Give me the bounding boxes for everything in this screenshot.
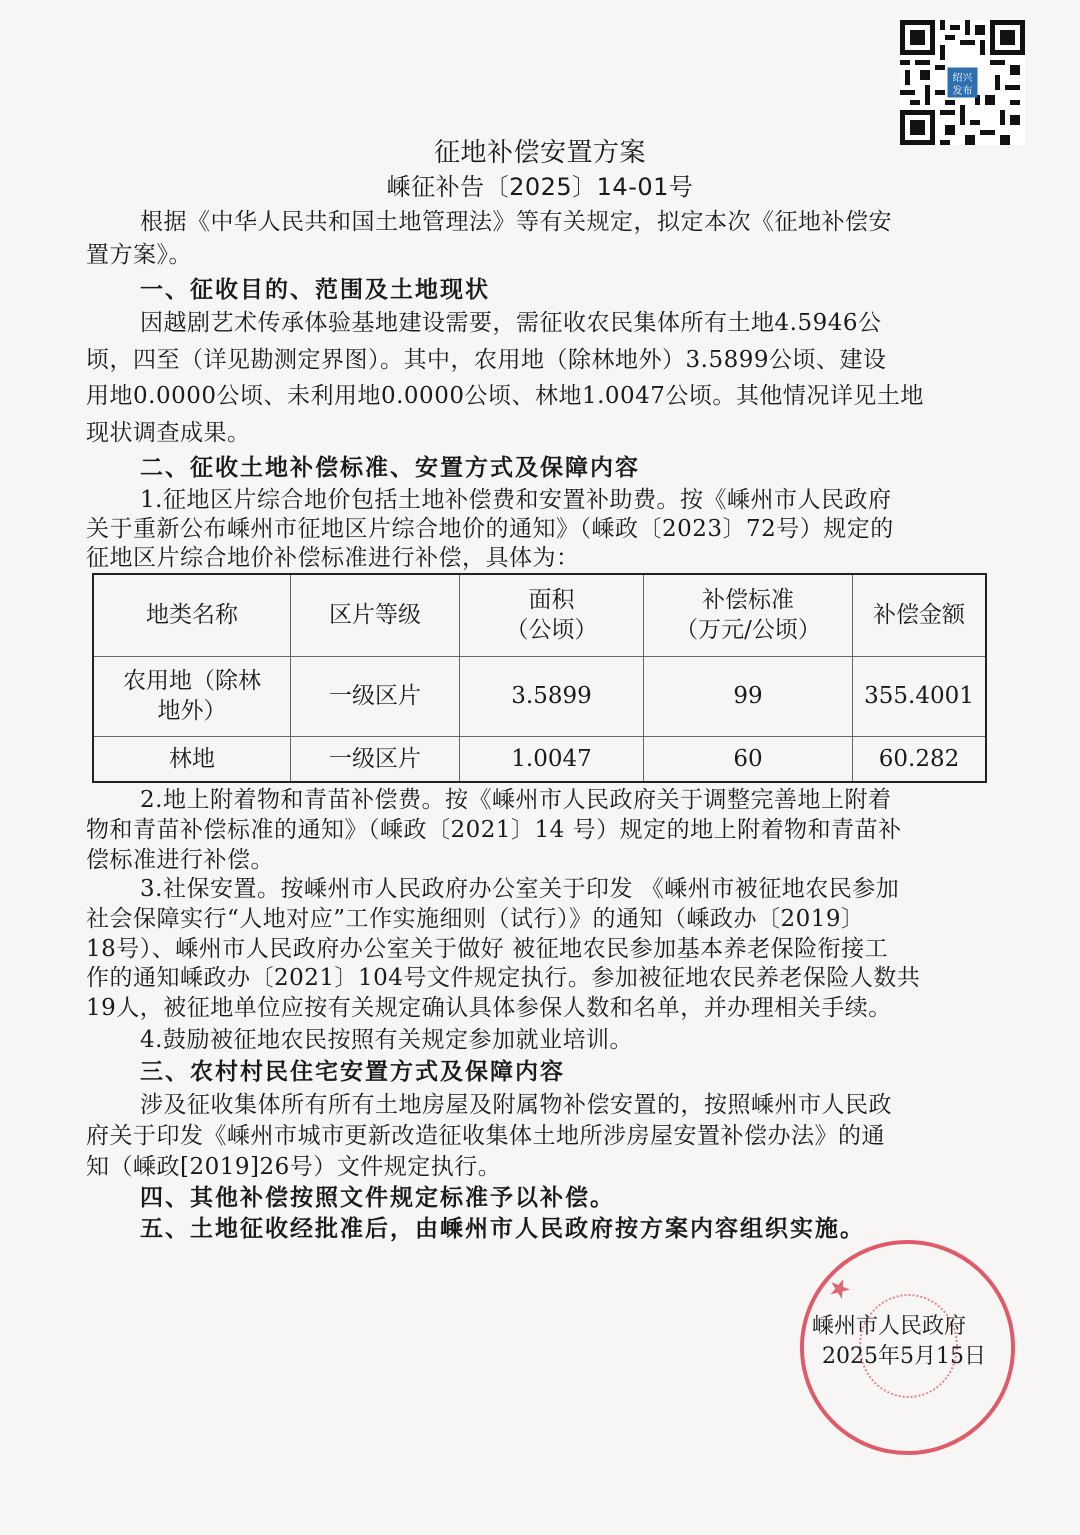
section-4-heading: 四、其他补偿按照文件规定标准予以补偿。 [140, 1183, 615, 1213]
section-2-item4: 4.鼓励被征地农民按照有关规定参加就业培训。 [140, 1025, 633, 1055]
qr-code-icon: 绍兴 发布 [900, 20, 1025, 145]
intro-line-1: 根据《中华人民共和国土地管理法》等有关规定，拟定本次《征地补偿安 [140, 207, 892, 237]
section-2-item3-line-2: 社会保障实行“人地对应”工作实施细则（试行）》的通知（嵊政办〔2019〕 [86, 904, 865, 934]
section-3-line-1: 涉及征收集体所有所有土地房屋及附属物补偿安置的，按照嵊州市人民政 [140, 1090, 892, 1120]
section-2-heading: 二、征收土地补偿标准、安置方式及保障内容 [140, 453, 640, 483]
table-row: 农用地（除林地外） 一级区片 3.5899 99 355.4001 [93, 656, 986, 736]
section-1-line-2: 顷，四至（详见勘测定界图）。其中，农用地（除林地外）3.5899公顷、建设 [86, 345, 886, 375]
cell-area: 3.5899 [460, 656, 644, 736]
section-1-line-1: 因越剧艺术传承体验基地建设需要，需征收农民集体所有土地4.5946公 [140, 308, 881, 338]
section-2-item3-line-5: 19人，被征地单位应按有关规定确认具体参保人数和名单，并办理相关手续。 [86, 993, 892, 1023]
issuer-name: 嵊州市人民政府 [812, 1313, 966, 1341]
table-row: 林地 一级区片 1.0047 60 60.282 [93, 736, 986, 782]
cell-land-type: 林地 [93, 736, 291, 782]
header-area: 面积（公顷） [460, 574, 644, 656]
cell-standard: 60 [644, 736, 853, 782]
section-2-item3-line-3: 18号）、嵊州市人民政府办公室关于做好 被征地农民参加基本养老保险衔接工 [86, 934, 888, 964]
section-5-heading: 五、土地征收经批准后，由嵊州市人民政府按方案内容组织实施。 [140, 1214, 865, 1244]
issue-date: 2025年5月15日 [822, 1343, 986, 1371]
document-page: 绍兴 发布 征地补偿安置方案 嵊征补告〔2025〕14-01号 根据《中华人民共… [0, 0, 1080, 1535]
cell-amount: 60.282 [853, 736, 987, 782]
section-2-item1-line-2: 关于重新公布嵊州市征地区片综合地价的通知》（嵊政〔2023〕72号）规定的 [86, 514, 894, 544]
document-title: 征地补偿安置方案 [0, 138, 1080, 168]
cell-standard: 99 [644, 656, 853, 736]
header-standard: 补偿标准（万元/公顷） [644, 574, 853, 656]
section-3-line-2: 府关于印发《嵊州市城市更新改造征收集体土地所涉房屋安置补偿办法》的通 [86, 1121, 885, 1151]
header-amount: 补偿金额 [853, 574, 987, 656]
section-1-heading: 一、征收目的、范围及土地现状 [140, 275, 490, 305]
section-2-item2-line-3: 偿标准进行补偿。 [86, 845, 274, 875]
intro-line-2: 置方案》。 [86, 240, 192, 270]
section-2-item1-line-1: 1.征地区片综合地价包括土地补偿费和安置补助费。按《嵊州市人民政府 [140, 485, 891, 515]
section-3-line-3: 知（嵊政[2019]26号）文件规定执行。 [86, 1152, 501, 1182]
document-number: 嵊征补告〔2025〕14-01号 [0, 172, 1080, 202]
cell-land-type: 农用地（除林地外） [93, 656, 291, 736]
qr-label-top: 绍兴 [953, 72, 974, 84]
section-2-item3-line-4: 作的通知嵊政办〔2021〕104号文件规定执行。参加被征地农民养老保险人数共 [86, 963, 920, 993]
header-grade: 区片等级 [291, 574, 460, 656]
cell-area: 1.0047 [460, 736, 644, 782]
compensation-table: 地类名称 区片等级 面积（公顷） 补偿标准（万元/公顷） 补偿金额 农用地（除林… [92, 573, 987, 783]
section-2-item2-line-1: 2.地上附着物和青苗补偿费。按《嵊州市人民政府关于调整完善地上附着 [140, 785, 891, 815]
seal-star-icon: ★ [821, 1270, 859, 1307]
qr-label-bottom: 发布 [953, 84, 973, 97]
section-2-item2-line-2: 物和青苗补偿标准的通知》（嵊政〔2021〕14 号）规定的地上附着物和青苗补 [86, 815, 902, 845]
section-1-line-4: 现状调查成果。 [86, 418, 251, 448]
section-2-item3-line-1: 3.社保安置。按嵊州市人民政府办公室关于印发 《嵊州市被征地农民参加 [140, 874, 899, 904]
table-header-row: 地类名称 区片等级 面积（公顷） 补偿标准（万元/公顷） 补偿金额 [93, 574, 986, 656]
cell-grade: 一级区片 [291, 736, 460, 782]
section-2-item1-line-3: 征地区片综合地价补偿标准进行补偿，具体为： [86, 543, 580, 573]
header-land-type: 地类名称 [93, 574, 291, 656]
cell-grade: 一级区片 [291, 656, 460, 736]
section-3-heading: 三、农村村民住宅安置方式及保障内容 [140, 1057, 565, 1087]
section-1-line-3: 用地0.0000公顷、未利用地0.0000公顷、林地1.0047公顷。其他情况详… [86, 381, 924, 411]
qr-code[interactable]: 绍兴 发布 [900, 20, 1025, 145]
cell-amount: 355.4001 [853, 656, 987, 736]
